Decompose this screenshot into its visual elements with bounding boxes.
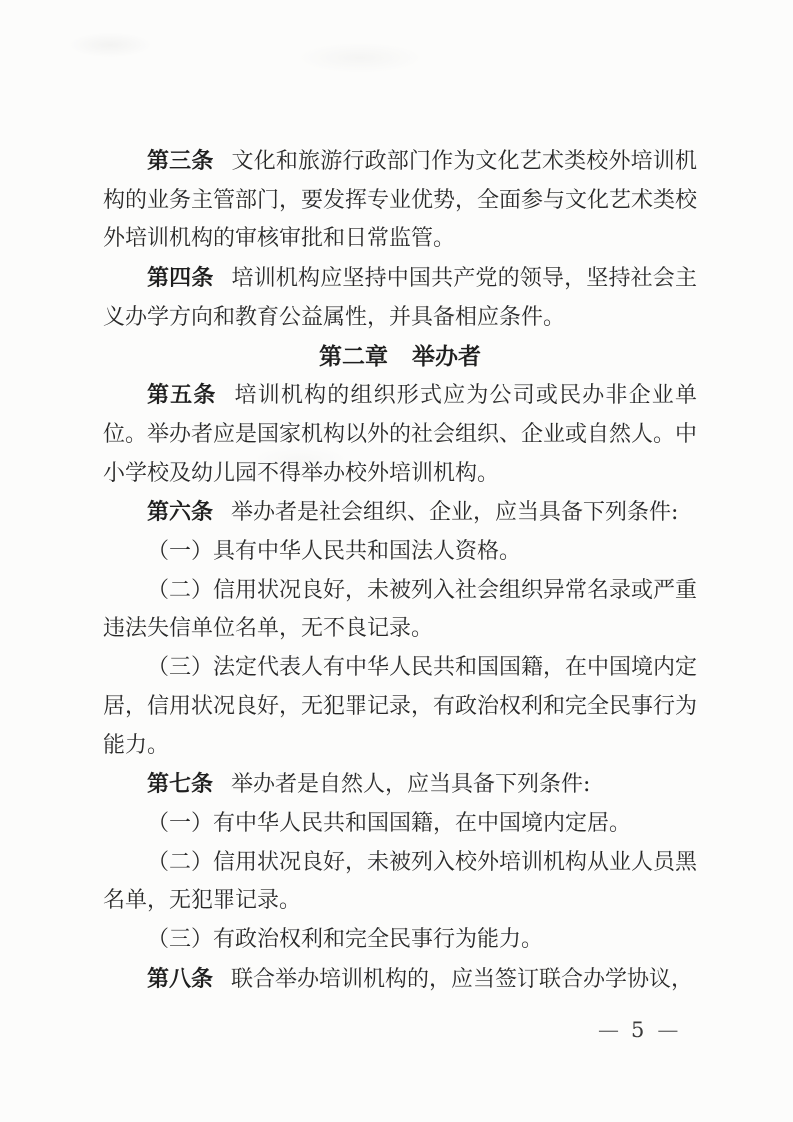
article-6-paragraph: 第六条举办者是社会组织、企业，应当具备下列条件: — [103, 493, 697, 533]
article-3-label: 第三条 — [147, 148, 214, 174]
article-6-item-1-text: （一）具有中华人民共和国法人资格。 — [147, 539, 521, 564]
article-7-paragraph: 第七条举办者是自然人，应当具备下列条件: — [103, 765, 697, 805]
footer-left-dash: — — [598, 1018, 618, 1042]
article-5-paragraph: 第五条培训机构的组织形式应为公司或民办非企业单位。举办者应是国家机构以外的社会组… — [103, 376, 697, 493]
article-6-item-1: （一）具有中华人民共和国法人资格。 — [103, 533, 697, 572]
article-6-item-2: （二）信用状况良好，未被列入社会组织异常名录或严重违法失信单位名单，无不良记录。 — [103, 572, 697, 649]
page-number-footer: — 5 — — [598, 1018, 677, 1042]
article-7-item-3-text: （三）有政治权利和完全民事行为能力。 — [147, 927, 543, 952]
article-5-label: 第五条 — [147, 382, 217, 408]
document-body: 第三条文化和旅游行政部门作为文化艺术类校外培训机构的业务主管部门，要发挥专业优势… — [103, 142, 697, 999]
footer-right-dash: — — [657, 1018, 677, 1042]
article-7-item-3: （三）有政治权利和完全民事行为能力。 — [103, 921, 697, 960]
article-3-paragraph: 第三条文化和旅游行政部门作为文化艺术类校外培训机构的业务主管部门，要发挥专业优势… — [103, 142, 697, 259]
article-8-text: 联合举办培训机构的，应当签订联合办学协议， — [231, 967, 693, 992]
article-6-label: 第六条 — [147, 499, 213, 525]
article-6-text: 举办者是社会组织、企业，应当具备下列条件: — [231, 500, 678, 525]
chapter-2-title: 举办者 — [412, 343, 481, 370]
article-8-label: 第八条 — [147, 966, 213, 992]
chapter-2-heading: 第二章举办者 — [103, 338, 697, 377]
article-8-paragraph: 第八条联合举办培训机构的，应当签订联合办学协议， — [103, 960, 697, 1000]
article-7-label: 第七条 — [147, 771, 213, 797]
article-6-item-3: （三）法定代表人有中华人民共和国国籍，在中国境内定居，信用状况良好，无犯罪记录，… — [103, 649, 697, 765]
chapter-2-label: 第二章 — [319, 343, 388, 370]
article-6-item-3-text: （三）法定代表人有中华人民共和国国籍，在中国境内定居，信用状况良好，无犯罪记录，… — [103, 655, 697, 757]
article-7-item-1: （一）有中华人民共和国国籍，在中国境内定居。 — [103, 805, 697, 844]
article-7-item-2: （二）信用状况良好，未被列入校外培训机构从业人员黑名单，无犯罪记录。 — [103, 844, 697, 921]
page-number: 5 — [631, 1018, 644, 1042]
document-page: 第三条文化和旅游行政部门作为文化艺术类校外培训机构的业务主管部门，要发挥专业优势… — [0, 0, 793, 1122]
article-4-paragraph: 第四条培训机构应坚持中国共产党的领导，坚持社会主义办学方向和教育公益属性，并具备… — [103, 259, 697, 337]
article-7-text: 举办者是自然人，应当具备下列条件: — [231, 772, 590, 797]
article-7-item-1-text: （一）有中华人民共和国国籍，在中国境内定居。 — [147, 811, 631, 836]
article-4-label: 第四条 — [147, 265, 214, 291]
article-6-item-2-text: （二）信用状况良好，未被列入社会组织异常名录或严重违法失信单位名单，无不良记录。 — [103, 578, 697, 642]
article-7-item-2-text: （二）信用状况良好，未被列入校外培训机构从业人员黑名单，无犯罪记录。 — [103, 850, 697, 914]
